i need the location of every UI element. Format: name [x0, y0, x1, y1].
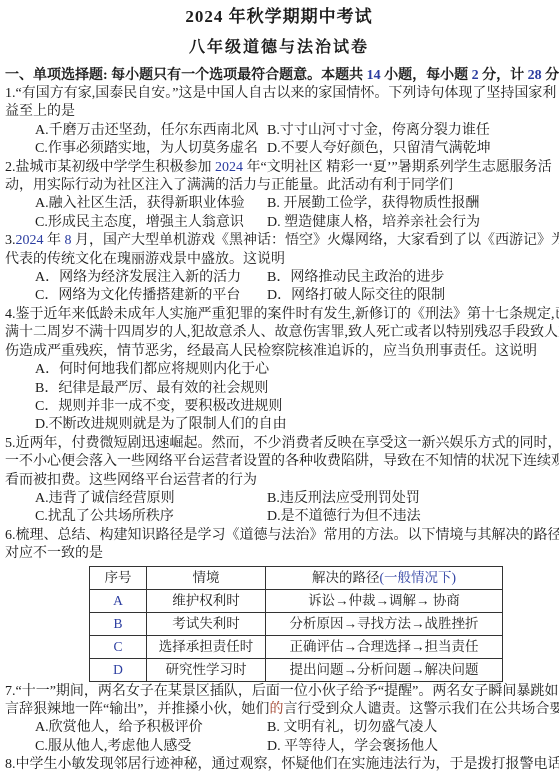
- q2-option-c: C.形成民主态度，增强主人翁意识: [35, 214, 267, 232]
- q6-row-c-path: 正确评估→合理选择→担当责任: [266, 635, 503, 658]
- q7-options-row-ab: A.欣赏他人，给予积极评价 B. 文明有礼，切勿盛气凌人: [5, 719, 553, 737]
- q3-stem-line-2: 代表的传统文化在瑰丽游戏景中盛放。这说明: [5, 251, 553, 269]
- q1-option-a: A.千磨万击还坚劲，任尔东西南北风: [35, 122, 267, 140]
- q8-stem-line-1: 8.中学生小敏发现邻居行迹神秘，通过观察，怀疑他们在实施违法行为，于是拨打报警电…: [5, 756, 553, 774]
- q6-row-c-situation: 选择承担责任时: [147, 635, 266, 658]
- q6-table-row-b: B 考试失利时 分析原因→寻找方法→战胜挫折: [90, 612, 503, 635]
- q7-stem-line-2: 言辞狠辣地一阵“输出”，并推搡小伙，她们的言行受到众人谴责。这警示我们在公共场合…: [5, 701, 553, 719]
- q6-header-number: 序号: [90, 566, 147, 589]
- section-header-text-3: 分，计: [479, 68, 528, 83]
- exam-title: 2024 年秋学期期中考试: [5, 6, 553, 28]
- q6-row-d-situation: 研究性学习时: [147, 658, 266, 681]
- q6-table-row-d: D 研究性学习时 提出问题→分析问题→解决问题: [90, 658, 503, 681]
- section-header-text-4: 分。: [542, 68, 559, 83]
- question-3: 3.2024 年 8 月，国产大型单机游戏《黑神话：悟空》火爆网络，大家看到了以…: [5, 232, 553, 306]
- exam-subtitle: 八年级道德与法治试卷: [5, 37, 553, 58]
- q7-stem-text-2: 言行受到众人谴责。这警示我们在公共场合要: [283, 702, 559, 717]
- q6-row-c-label: C: [90, 635, 147, 658]
- q7-option-c: C.服从他人,考虑他人感受: [35, 738, 267, 756]
- section-header-count: 14: [367, 68, 381, 83]
- q5-stem-line-1: 5.近两年，付费微短剧迅速崛起。然而，不少消费者反映在享受这一新兴娱乐方式的同时…: [5, 435, 553, 453]
- q3-stem-month: 8: [65, 233, 72, 248]
- q7-option-b: B. 文明有礼，切勿盛气凌人: [267, 719, 437, 737]
- question-1: 1.“有国方有家,国泰民自安。”这是中国人自古以来的家国情怀。下列诗句体现了坚持…: [5, 85, 553, 159]
- q6-table-header-row: 序号 情境 解决的路径(一般情况下): [90, 566, 503, 589]
- q6-row-a-label: A: [90, 589, 147, 612]
- q5-stem-line-2: 一不小心便会落入一些网络平台运营者设置的各种收费陷阱，导致在不知情的状况下连续观: [5, 453, 553, 471]
- q3-stem-year: 2024: [16, 233, 44, 248]
- q1-stem-line-1: 1.“有国方有家,国泰民自安。”这是中国人自古以来的家国情怀。下列诗句体现了坚持…: [5, 85, 553, 103]
- q4-option-d: D.不断改进规则就是为了限制人们的自由: [5, 416, 553, 434]
- q7-stem-text-1: 言辞狠辣地一阵“输出”，并推搡小伙，她们: [5, 702, 269, 717]
- q4-option-c: C．规则并非一成不变，要积极改进规则: [5, 398, 553, 416]
- q4-stem-line-3: 伤造成严重残疾，情节恶劣，经最高人民检察院核准追诉的，应当负刑事责任。这说明: [5, 343, 553, 361]
- q6-row-a-situation: 维护权利时: [147, 589, 266, 612]
- q6-row-d-path: 提出问题→分析问题→解决问题: [266, 658, 503, 681]
- q6-row-d-label: D: [90, 658, 147, 681]
- q1-options-row-ab: A.千磨万击还坚劲，任尔东西南北风 B.寸寸山河寸寸金，侉离分裂力谁任: [5, 122, 553, 140]
- q6-header-path-note: (一般情况下): [380, 570, 457, 585]
- q6-row-b-label: B: [90, 612, 147, 635]
- q6-row-b-situation: 考试失利时: [147, 612, 266, 635]
- q3-option-d: D．网络打破人际交往的限制: [267, 287, 445, 305]
- q6-stem-line-2: 对应不一致的是: [5, 545, 553, 563]
- q3-stem-line-1: 3.2024 年 8 月，国产大型单机游戏《黑神话：悟空》火爆网络，大家看到了以…: [5, 232, 553, 250]
- q7-stem-red-char: 的: [269, 702, 283, 717]
- q3-options-row-ab: A．网络为经济发展注入新的活力 B．网络推动民主政治的进步: [5, 269, 553, 287]
- q1-options-row-cd: C.作事必须踏实地，为人切莫务虚名 D.不要人夸好颜色，只留清气满乾坤: [5, 140, 553, 158]
- q3-options-row-cd: C．网络为文化传播搭建新的平台 D．网络打破人际交往的限制: [5, 287, 553, 305]
- q6-table-row-a: A 维护权利时 诉讼→仲裁→调解→ 协商: [90, 589, 503, 612]
- q1-option-c: C.作事必须踏实地，为人切莫务虚名: [35, 140, 267, 158]
- q2-option-d: D. 塑造健康人格，培养亲社会行为: [267, 214, 480, 232]
- q6-table-row-c: C 选择承担责任时 正确评估→合理选择→担当责任: [90, 635, 503, 658]
- q6-header-path-text: 解决的路径: [312, 570, 380, 585]
- q5-stem-line-3: 看而被扣费。这些网络平台运营者的行为: [5, 472, 553, 490]
- q3-stem-text-2: 月，国产大型单机游戏《黑神话：悟空》火爆网络，大家看到了以《西游记》为: [72, 233, 559, 248]
- question-5: 5.近两年，付费微短剧迅速崛起。然而，不少消费者反映在享受这一新兴娱乐方式的同时…: [5, 435, 553, 527]
- section-1-header: 一、单项选择题: 每小题只有一个选项最符合题意。本题共 14 小题，每小题 2 …: [5, 66, 553, 85]
- q6-row-b-path: 分析原因→寻找方法→战胜挫折: [266, 612, 503, 635]
- question-8: 8.中学生小敏发现邻居行迹神秘，通过观察，怀疑他们在实施违法行为，于是拨打报警电…: [5, 756, 553, 774]
- q2-stem-year: 2024: [215, 160, 243, 175]
- q4-stem-line-2: 满十二周岁不满十四周岁的人,犯故意杀人、故意伤害罪,致人死亡或者以特别残忍手段致…: [5, 324, 553, 342]
- q3-option-a: A．网络为经济发展注入新的活力: [35, 269, 267, 287]
- q6-stem-line-1: 6.梳理、总结、构建知识路径是学习《道德与法治》常用的方法。以下情境与其解决的路…: [5, 527, 553, 545]
- section-header-text-2: 小题，每小题: [381, 68, 472, 83]
- q7-option-d: D. 平等待人，学会褒扬他人: [267, 738, 438, 756]
- q6-table: 序号 情境 解决的路径(一般情况下) A 维护权利时 诉讼→仲裁→调解→ 协商 …: [89, 566, 503, 682]
- section-header-text-1: 一、单项选择题: 每小题只有一个选项最符合题意。本题共: [5, 68, 367, 83]
- q4-stem-line-1: 4.鉴于近年来低龄未成年人实施严重犯罪的案件时有发生,新修订的《刑法》第十七条规…: [5, 306, 553, 324]
- q5-option-d: D.是不道德行为但不违法: [267, 508, 421, 526]
- q2-stem-line-2: 动，用实际行动为社区注入了满满的活力与正能量。此活动有利于同学们: [5, 177, 553, 195]
- q3-stem-number: 3.: [5, 233, 16, 248]
- q2-options-row-ab: A.融入社区生活，获得新职业体验 B. 开展勤工俭学，获得物质性报酬: [5, 195, 553, 213]
- q6-header-situation: 情境: [147, 566, 266, 589]
- q2-stem-line-1: 2.盐城市某初级中学学生积极参加 2024 年“文明社区 精彩一‘夏’”暑期系列…: [5, 159, 553, 177]
- exam-paper-page: 2024 年秋学期期中考试 八年级道德与法治试卷 一、单项选择题: 每小题只有一…: [0, 0, 559, 778]
- q5-options-row-cd: C.扰乱了公共场所秩序 D.是不道德行为但不违法: [5, 508, 553, 526]
- q3-option-b: B．网络推动民主政治的进步: [267, 269, 444, 287]
- q5-option-a: A.违背了诚信经营原则: [35, 490, 267, 508]
- q3-stem-text-1: 年: [44, 233, 65, 248]
- q1-stem-line-2: 益至上的是: [5, 103, 553, 121]
- q4-option-b: B．纪律是最严厉、最有效的社会规则: [5, 380, 553, 398]
- q2-options-row-cd: C.形成民主态度，增强主人翁意识 D. 塑造健康人格，培养亲社会行为: [5, 214, 553, 232]
- q2-option-b: B. 开展勤工俭学，获得物质性报酬: [267, 195, 479, 213]
- question-2: 2.盐城市某初级中学学生积极参加 2024 年“文明社区 精彩一‘夏’”暑期系列…: [5, 159, 553, 233]
- q5-option-b: B.违反刑法应受刑罚处罚: [267, 490, 420, 508]
- question-6: 6.梳理、总结、构建知识路径是学习《道德与法治》常用的方法。以下情境与其解决的路…: [5, 527, 553, 682]
- q3-option-c: C．网络为文化传播搭建新的平台: [35, 287, 267, 305]
- q2-stem-text-1: 2.盐城市某初级中学学生积极参加: [5, 160, 215, 175]
- q7-options-row-cd: C.服从他人,考虑他人感受 D. 平等待人，学会褒扬他人: [5, 738, 553, 756]
- q6-header-path: 解决的路径(一般情况下): [266, 566, 503, 589]
- q2-stem-text-2: 年“文明社区 精彩一‘夏’”暑期系列学生志愿服务活: [243, 160, 552, 175]
- section-header-points-each: 2: [472, 68, 479, 83]
- q1-option-b: B.寸寸山河寸寸金，侉离分裂力谁任: [267, 122, 490, 140]
- q7-option-a: A.欣赏他人，给予积极评价: [35, 719, 267, 737]
- question-7: 7.“十一”期间，两名女子在某景区插队，后面一位小伙子给予“提醒”。两名女子瞬间…: [5, 683, 553, 757]
- q5-option-c: C.扰乱了公共场所秩序: [35, 508, 267, 526]
- question-4: 4.鉴于近年来低龄未成年人实施严重犯罪的案件时有发生,新修订的《刑法》第十七条规…: [5, 306, 553, 435]
- q5-options-row-ab: A.违背了诚信经营原则 B.违反刑法应受刑罚处罚: [5, 490, 553, 508]
- q4-option-a: A．何时何地我们都应将规则内化于心: [5, 361, 553, 379]
- q6-row-a-path: 诉讼→仲裁→调解→ 协商: [266, 589, 503, 612]
- q7-stem-line-1: 7.“十一”期间，两名女子在某景区插队，后面一位小伙子给予“提醒”。两名女子瞬间…: [5, 683, 553, 701]
- q2-option-a: A.融入社区生活，获得新职业体验: [35, 195, 267, 213]
- section-header-points-total: 28: [528, 68, 542, 83]
- q1-option-d: D.不要人夸好颜色，只留清气满乾坤: [267, 140, 491, 158]
